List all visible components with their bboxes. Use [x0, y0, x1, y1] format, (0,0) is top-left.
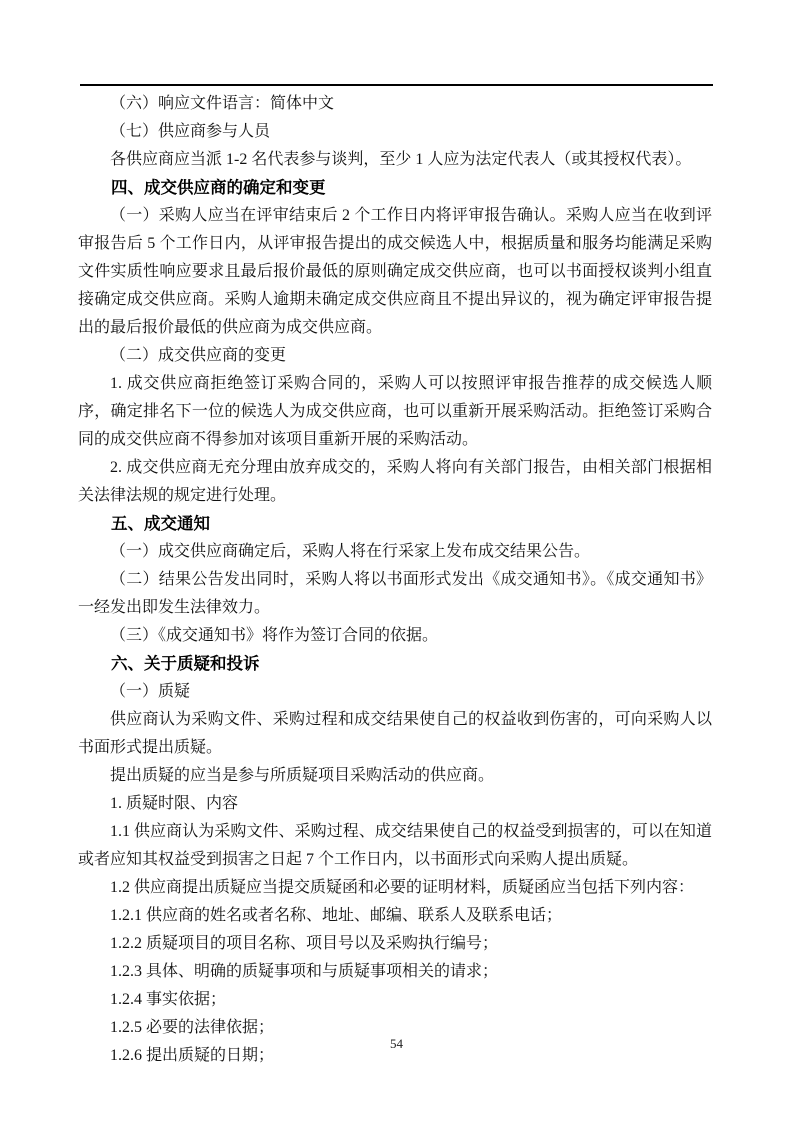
paragraph: （二）结果公告发出同时，采购人将以书面形式发出《成交通知书》。《成交通知书》一经… — [78, 566, 712, 622]
paragraph: 1.2.1 供应商的姓名或者名称、地址、邮编、联系人及联系电话； — [78, 902, 712, 930]
paragraph: （一）成交供应商确定后，采购人将在行采家上发布成交结果公告。 — [78, 538, 712, 566]
paragraph: 1. 成交供应商拒绝签订采购合同的，采购人可以按照评审报告推荐的成交候选人顺序，… — [78, 370, 712, 454]
section-heading-5: 五、成交通知 — [78, 510, 712, 538]
section-heading-4: 四、成交供应商的确定和变更 — [78, 174, 712, 202]
header-rule — [80, 84, 713, 86]
paragraph: 2. 成交供应商无充分理由放弃成交的，采购人将向有关部门报告，由相关部门根据相关… — [78, 454, 712, 510]
paragraph: （六）响应文件语言：简体中文 — [78, 90, 712, 118]
paragraph: （三）《成交通知书》将作为签订合同的依据。 — [78, 622, 712, 650]
paragraph: 供应商认为采购文件、采购过程和成交结果使自己的权益收到伤害的，可向采购人以书面形… — [78, 706, 712, 762]
page-number: 54 — [0, 1036, 793, 1052]
paragraph: 1.2 供应商提出质疑应当提交质疑函和必要的证明材料，质疑函应当包括下列内容： — [78, 874, 712, 902]
paragraph: （二）成交供应商的变更 — [78, 342, 712, 370]
paragraph: 提出质疑的应当是参与所质疑项目采购活动的供应商。 — [78, 762, 712, 790]
paragraph: 1.1 供应商认为采购文件、采购过程、成交结果使自己的权益受到损害的，可以在知道… — [78, 818, 712, 874]
paragraph: （一）采购人应当在评审结束后 2 个工作日内将评审报告确认。采购人应当在收到评审… — [78, 202, 712, 342]
document-body: （六）响应文件语言：简体中文 （七）供应商参与人员 各供应商应当派 1-2 名代… — [78, 90, 712, 1070]
paragraph: 1.2.2 质疑项目的项目名称、项目号以及采购执行编号； — [78, 930, 712, 958]
section-heading-6: 六、关于质疑和投诉 — [78, 650, 712, 678]
paragraph: 各供应商应当派 1-2 名代表参与谈判，至少 1 人应为法定代表人（或其授权代表… — [78, 146, 712, 174]
paragraph: 1.2.4 事实依据； — [78, 986, 712, 1014]
paragraph: （一）质疑 — [78, 678, 712, 706]
document-page: { "doc": { "blocks": [ {"type": "p", "te… — [0, 0, 793, 1122]
paragraph: 1.2.3 具体、明确的质疑事项和与质疑事项相关的请求； — [78, 958, 712, 986]
paragraph: 1. 质疑时限、内容 — [78, 790, 712, 818]
page-background: （六）响应文件语言：简体中文 （七）供应商参与人员 各供应商应当派 1-2 名代… — [0, 0, 793, 1122]
paragraph: （七）供应商参与人员 — [78, 118, 712, 146]
